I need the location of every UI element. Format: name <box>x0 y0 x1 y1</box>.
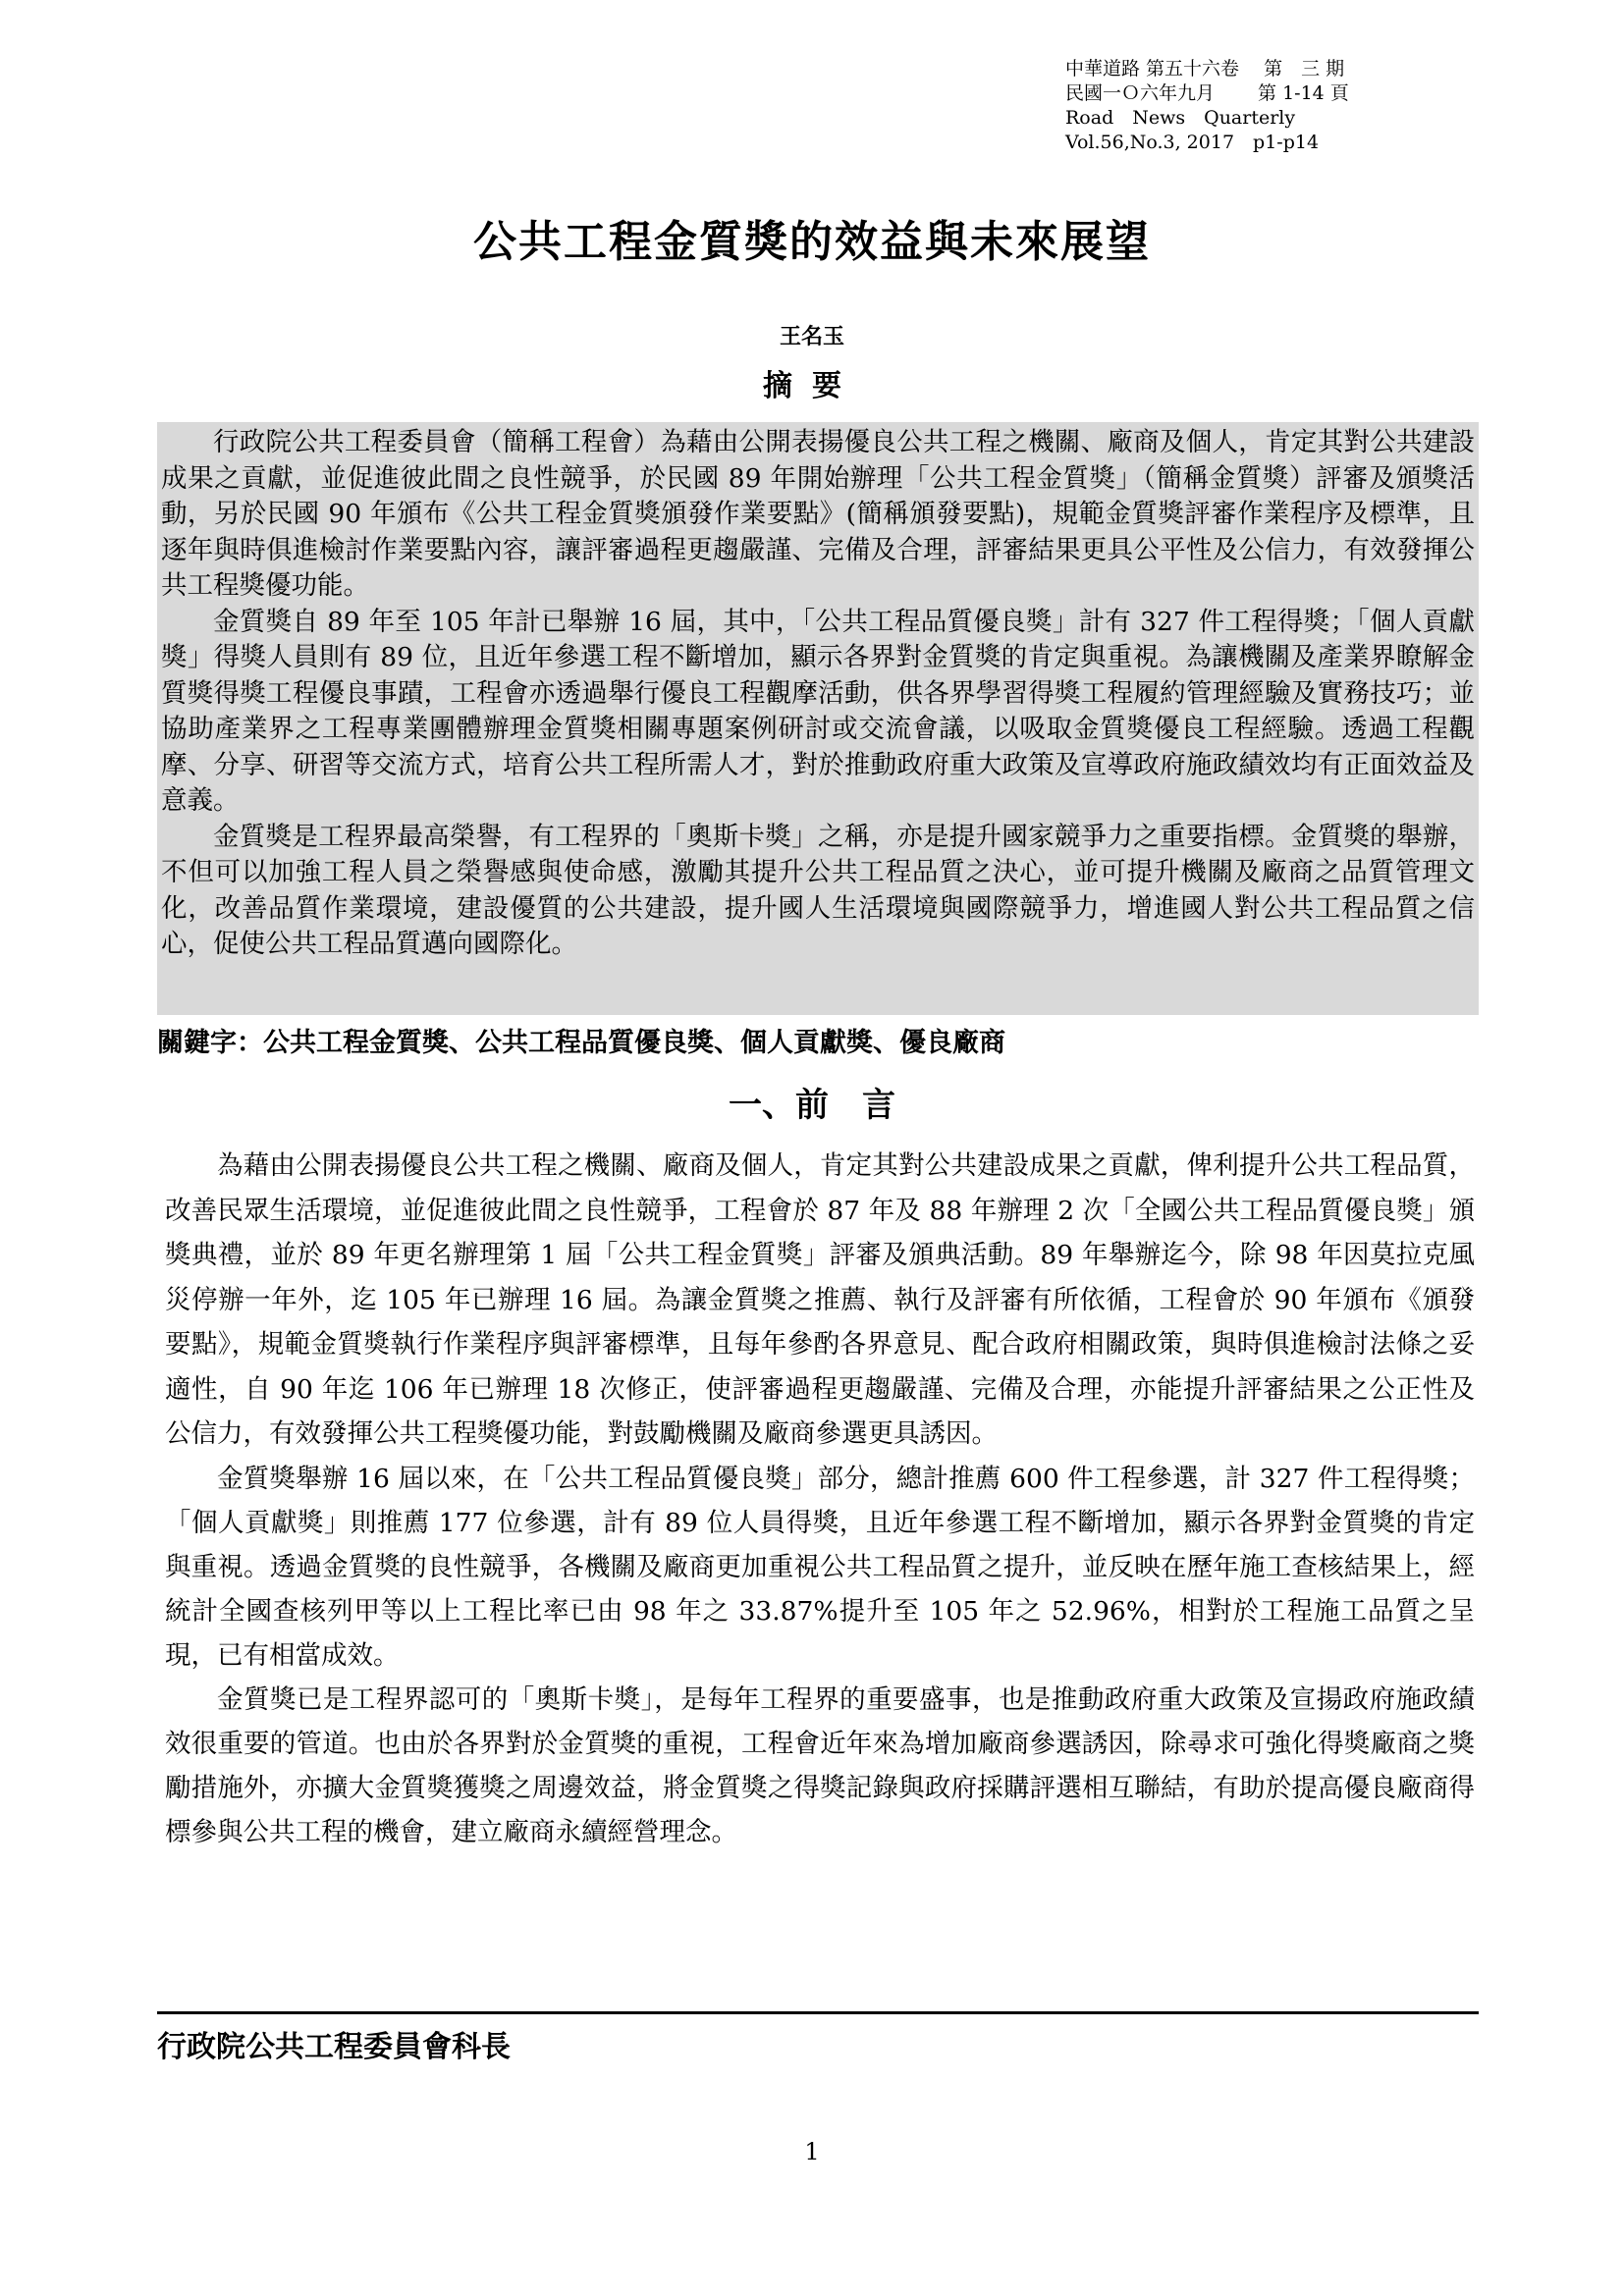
section-body: 為藉由公開表揚優良公共工程之機關、廠商及個人，肯定其對公共建設成果之貢獻，俾利提… <box>165 1144 1475 1854</box>
section-heading-introduction: 一、前 言 <box>0 1078 1624 1126</box>
paper-author: 王名玉 <box>0 320 1624 350</box>
journal-header: 中華道路 第五十六卷 第 三 期 民國一Ｏ六年九月 第 1-14 頁 Road … <box>1065 57 1458 155</box>
paper-title: 公共工程金質獎的效益與未來展望 <box>0 206 1624 269</box>
journal-date-pages-line: 民國一Ｏ六年九月 第 1-14 頁 <box>1065 81 1458 106</box>
journal-english-name: Road News Quarterly <box>1065 106 1458 131</box>
body-paragraph-3: 金質獎已是工程界認可的「奧斯卡獎」，是每年工程界的重要盛事，也是推動政府重大政策… <box>165 1678 1475 1854</box>
footnote-divider <box>157 2011 1479 2014</box>
author-affiliation-footnote: 行政院公共工程委員會科長 <box>157 2022 511 2065</box>
abstract-paragraph-3: 金質獎是工程界最高榮譽，有工程界的「奧斯卡獎」之稱，亦是提升國家競爭力之重要指標… <box>161 820 1475 963</box>
keywords: 關鍵字：公共工程金質獎、公共工程品質優良獎、個人貢獻獎、優良廠商 <box>157 1021 1479 1059</box>
body-paragraph-2: 金質獎舉辦 16 屆以來，在「公共工程品質優良獎」部分，總計推薦 600 件工程… <box>165 1457 1475 1678</box>
page-number: 1 <box>0 2138 1624 2165</box>
abstract-paragraph-2: 金質獎自 89 年至 105 年計已舉辦 16 屆，其中，「公共工程品質優良獎」… <box>161 605 1475 820</box>
journal-english-volume: Vol.56,No.3, 2017 p1-p14 <box>1065 131 1458 155</box>
abstract-box: 行政院公共工程委員會（簡稱工程會）為藉由公開表揚優良公共工程之機關、廠商及個人，… <box>157 422 1479 1015</box>
body-paragraph-1: 為藉由公開表揚優良公共工程之機關、廠商及個人，肯定其對公共建設成果之貢獻，俾利提… <box>165 1144 1475 1457</box>
abstract-heading: 摘要 <box>0 361 1624 404</box>
journal-volume-line: 中華道路 第五十六卷 第 三 期 <box>1065 57 1458 81</box>
abstract-paragraph-1: 行政院公共工程委員會（簡稱工程會）為藉由公開表揚優良公共工程之機關、廠商及個人，… <box>161 425 1475 605</box>
